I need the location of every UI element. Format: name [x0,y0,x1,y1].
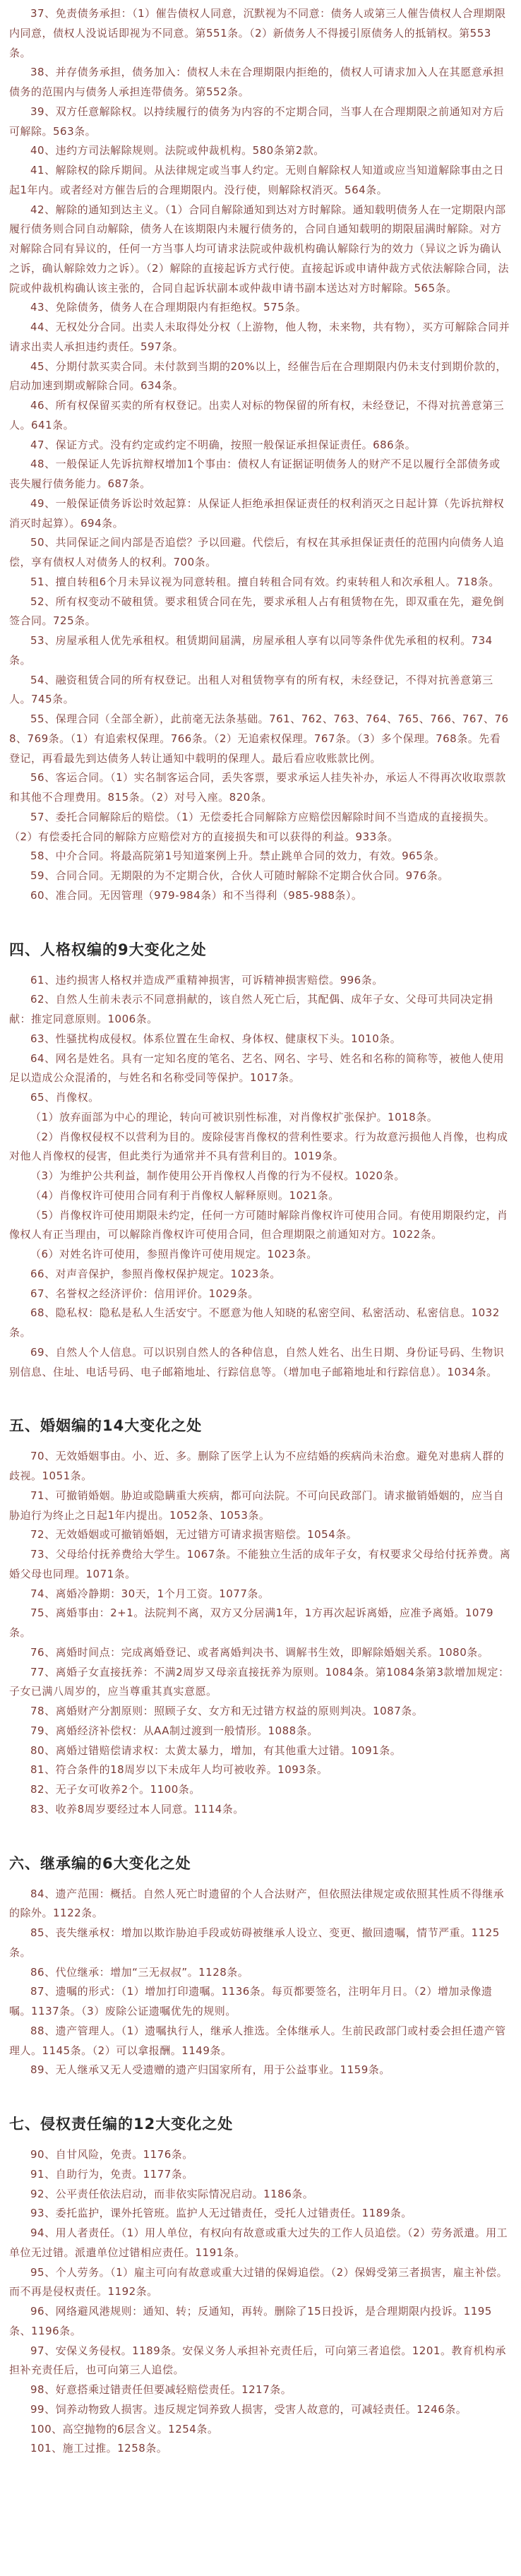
list-item: 73、父母给付抚养费给大学生。1067条。不能独立生活的成年子女，有权要求父母给… [9,1545,511,1585]
list-item: 68、隐私权：隐私是私人生活安宁。不愿意为他人知晓的私密空间、私密活动、私密信息… [9,1304,511,1343]
section-heading: 四、人格权编的9大变化之处 [9,938,511,960]
list-item: 57、委托合同解除后的赔偿。（1）无偿委托合同解除方应赔偿因解除时间不当造成的直… [9,808,511,847]
list-item: 64、网名是姓名。具有一定知名度的笔名、艺名、网名、字号、姓名和名称的简称等，被… [9,1049,511,1089]
list-item: 56、客运合同。（1）实名制客运合同，丢失客票，要求承运人挂失补办，承运人不得再… [9,768,511,808]
list-item: （6）对姓名许可使用，参照肖像许可使用规定。1023条。 [9,1245,511,1265]
list-item: 69、自然人个人信息。可以识别自然人的各种信息，自然人姓名、出生日期、身份证号码… [9,1343,511,1383]
list-item: 96、网络避风港规则：通知、转；反通知，再转。删除了15日投诉，是合理期限内投诉… [9,2302,511,2342]
list-item: 54、融资租赁合同的所有权登记。出租人对租赁物享有的所有权，未经登记，不得对抗善… [9,671,511,710]
document-section: 37、免责债务承担：（1）催告债权人同意，沉默视为不同意：债务人或第三人催告债权… [9,4,511,906]
list-item: 87、遗嘱的形式：（1）增加打印遗嘱。1136条。每页都要签名，注明年月日。（2… [9,1982,511,2022]
list-item: （2）肖像权侵权不以营利为目的。废除侵害肖像权的营利性要求。行为故意污损他人肖像… [9,1128,511,1167]
section-heading: 六、继承编的6大变化之处 [9,1852,511,1873]
list-item: 99、饲养动物致人损害。违反规定饲养致人损害，受害人故意的，可减轻责任。1246… [9,2400,511,2420]
list-item: 60、准合同。无因管理（979-984条）和不当得利（985-988条）。 [9,886,511,906]
list-item: 48、一般保证人先诉抗辩权增加1个事由：债权人有证据证明债务人的财产不足以履行全… [9,455,511,494]
list-item: 97、安保义务侵权。1189条。安保义务人承担补充责任后，可向第三者追偿。120… [9,2342,511,2381]
list-item: 55、保理合同（全部全新），此前毫无法条基础。761、762、763、764、7… [9,710,511,768]
list-item: 89、无人继承又无人受遗赠的遗产归国家所有，用于公益事业。1159条。 [9,2061,511,2080]
list-item: 65、肖像权。 [9,1088,511,1108]
list-item: 61、违约损害人格权并造成严重精神损害，可诉精神损害赔偿。996条。 [9,971,511,991]
list-item: 82、无子女可收养2个。1100条。 [9,1780,511,1800]
list-item: （4）肖像权许可使用合同有利于肖像权人解释原则。1021条。 [9,1186,511,1206]
list-item: 45、分期付款买卖合同。未付款到当期的20%以上，经催告后在合理期限内仍未支付到… [9,357,511,397]
list-item: 40、违约方司法解除规则。法院或仲裁机构。580条第2款。 [9,141,511,161]
list-item: 74、离婚冷静期：30天，1个月工资。1077条。 [9,1585,511,1604]
list-item: 39、双方任意解除权。以持续履行的债务为内容的不定期合同，当事人在合理期限之前通… [9,102,511,142]
list-item: 81、符合条件的18周岁以下未成年人均可被收养。1093条。 [9,1760,511,1780]
list-item: 90、自甘风险，免责。1176条。 [9,2145,511,2165]
list-item: 94、用人者责任。（1）用人单位，有权向有故意或重大过失的工作人员追偿。（2）劳… [9,2224,511,2263]
legal-document: 37、免责债务承担：（1）催告债权人同意，沉默视为不同意：债务人或第三人催告债权… [0,0,521,2576]
section-heading: 五、婚姻编的14大变化之处 [9,1414,511,1436]
list-item: 49、一般保证债务诉讼时效起算：从保证人拒绝承担保证责任的权利消灭之日起计算（先… [9,494,511,534]
list-item: 37、免责债务承担：（1）催告债权人同意，沉默视为不同意：债务人或第三人催告债权… [9,4,511,63]
list-item: 58、中介合同。将最高院第1号知道案例上升。禁止跳单合同的效力，有效。965条。 [9,847,511,866]
list-item: 59、合同合同。无期限的为不定期合伙，合伙人可随时解除不定期合伙合同。976条。 [9,866,511,886]
list-item: 70、无效婚姻事由。小、近、多。删除了医学上认为不应结婚的疾病尚未治愈。避免对患… [9,1447,511,1486]
list-item: 88、遗产管理人。（1）遗嘱执行人，继承人推选。全体继承人。生前民政部门或村委会… [9,2022,511,2061]
list-item: 52、所有权变动不破租赁。要求租赁合同在先，要求承租人占有租赁物在先，即双重在先… [9,592,511,632]
list-item: 63、性骚扰构成侵权。体系位置在生命权、身体权、健康权下头。1010条。 [9,1030,511,1049]
list-item: 101、施工过推。1258条。 [9,2439,511,2459]
list-item: 79、离婚经济补偿权：从AA制过渡到一般情形。1088条。 [9,1722,511,1741]
list-item: 53、房屋承租人优先承租权。租赁期间届满，房屋承租人享有以同等条件优先承租的权利… [9,631,511,671]
list-item: 86、代位继承：增加“三无叔叔”。1128条。 [9,1963,511,1983]
document-section: 七、侵权责任编的12大变化之处90、自甘风险，免责。1176条。91、自助行为，… [9,2113,511,2459]
list-item: 51、擅自转租6个月未异议视为同意转租。擅自转租合同有效。约束转租人和次承租人。… [9,573,511,592]
list-item: 95、个人劳务。（1）雇主可向有故意或重大过错的保姆追偿。（2）保姆受第三者损害… [9,2263,511,2303]
list-item: 50、共同保证之间内部是否追偿？予以回避。代偿后，有权在其承担保证责任的范围内向… [9,533,511,573]
list-item: 91、自助行为，免责。1177条。 [9,2165,511,2185]
list-item: 100、高空抛物的6层含义。1254条。 [9,2420,511,2440]
list-item: 92、公平责任依法启动，而非依实际情况启动。1186条。 [9,2185,511,2205]
list-item: 67、名誉权之经济评价：信用评价。1029条。 [9,1284,511,1304]
list-item: 80、离婚过错赔偿请求权：太黄太暴力，增加，有其他重大过错。1091条。 [9,1741,511,1761]
list-item: 98、好意搭乘过错责任但要减轻赔偿责任。1217条。 [9,2380,511,2400]
list-item: 85、丧失继承权：增加以欺诈胁迫手段或妨碍被继承人设立、变更、撤回遗嘱，情节严重… [9,1924,511,1963]
list-item: 46、所有权保留买卖的所有权登记。出卖人对标的物保留的所有权，未经登记，不得对抗… [9,396,511,436]
list-item: （5）肖像权许可使用期限未约定，任何一方可随时解除肖像权许可使用合同。有使用期限… [9,1206,511,1246]
list-item: 38、并存债务承担，债务加入：债权人未在合理期限内拒绝的，债权人可请求加入人在其… [9,63,511,102]
list-item: 66、对声音保护，参照肖像权保护规定。1023条。 [9,1265,511,1284]
list-item: 78、离婚财产分割原则：照顾子女、女方和无过错方权益的原则判决。1087条。 [9,1702,511,1722]
list-item: 44、无权处分合同。出卖人未取得处分权（上游物，他人物，未来物，共有物），买方可… [9,318,511,357]
list-item: 84、遗产范围：概括。自然人死亡时遗留的个人合法财产，但依照法律规定或依照其性质… [9,1885,511,1924]
document-section: 四、人格权编的9大变化之处61、违约损害人格权并造成严重精神损害，可诉精神损害赔… [9,938,511,1383]
list-item: 75、离婚事由：2+1。法院判不离，双方又分居满1年，1方再次起诉离婚，应准予离… [9,1604,511,1643]
list-item: 93、委托监护，课外托管班。监护人无过错责任，受托人过错责任。1189条。 [9,2204,511,2224]
document-section: 五、婚姻编的14大变化之处70、无效婚姻事由。小、近、多。删除了医学上认为不应结… [9,1414,511,1819]
list-item: 41、解除权的除斥期间。从法律规定或当事人约定。无则自解除权人知道或应当知道解除… [9,161,511,201]
list-item: （1）放弃面部为中心的理论，转向可被识别性标准，对肖像权扩张保护。1018条。 [9,1108,511,1128]
list-item: 47、保证方式。没有约定或约定不明确，按照一般保证承担保证责任。686条。 [9,436,511,455]
list-item: 42、解除的通知到达主义。（1）合同自解除通知到达对方时解除。通知载明债务人在一… [9,201,511,299]
section-heading: 七、侵权责任编的12大变化之处 [9,2113,511,2134]
list-item: 71、可撤销婚姻。胁迫或隐瞒重大疾病，都可向法院。不可向民政部门。请求撤销婚姻的… [9,1486,511,1526]
list-item: 76、离婚时间点：完成离婚登记、或者离婚判决书、调解书生效，即解除婚姻关系。10… [9,1643,511,1663]
document-section: 六、继承编的6大变化之处84、遗产范围：概括。自然人死亡时遗留的个人合法财产，但… [9,1852,511,2081]
list-item: 72、无效婚姻或可撤销婚姻，无过错方可请求损害赔偿。1054条。 [9,1525,511,1545]
list-item: 43、免除债务，债务人在合理期限内有拒绝权。575条。 [9,298,511,318]
list-item: 62、自然人生前未表示不同意捐献的，该自然人死亡后，其配偶、成年子女、父母可共同… [9,990,511,1030]
list-item: （3）为维护公共利益，制作使用公开肖像权人肖像的行为不侵权。1020条。 [9,1167,511,1186]
list-item: 83、收养8周岁要经过本人同意。1114条。 [9,1800,511,1820]
list-item: 77、离婚子女直接抚养：不满2周岁又母亲直接抚养为原则。1084条。第1084条… [9,1663,511,1703]
